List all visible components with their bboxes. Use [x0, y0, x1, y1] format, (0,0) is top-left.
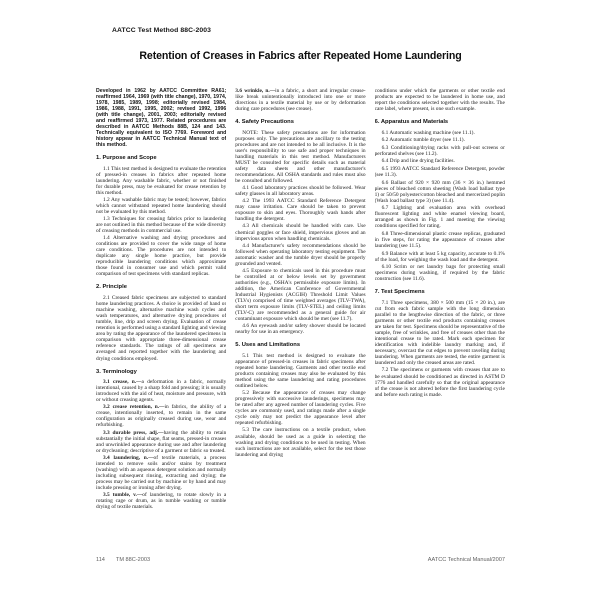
definition: 3.4 laundering, n.—of textile materials,…	[96, 455, 226, 491]
paragraph: 1.4 Alternative washing and drying proce…	[96, 235, 226, 277]
paragraph: 7.2 The specimens or garments with creas…	[375, 367, 505, 397]
text-columns: Developed in 1962 by AATCC Committee RA6…	[96, 88, 505, 552]
page-number: 114	[96, 557, 105, 563]
section-heading: 5. Uses and Limitations	[235, 342, 365, 349]
apparatus-item: 6.6 Ballast of 920 × 920 mm (36 × 36 in.…	[375, 180, 505, 204]
paragraph: 4.6 An eyewash and/or safety shower shou…	[235, 323, 365, 335]
section-heading: 3. Terminology	[96, 369, 226, 376]
column-right: conditions under which the garments or o…	[375, 88, 505, 552]
apparatus-item: 6.8 Three-dimensional plastic crease rep…	[375, 231, 505, 249]
apparatus-item: 6.7 Lighting and evaluation area with ov…	[375, 205, 505, 229]
method-code: TM 88C-2003	[116, 557, 150, 563]
paragraph: 5.1 This test method is designed to eval…	[235, 353, 365, 389]
apparatus-item: 6.1 Automatic washing machine (see 11.1)…	[375, 130, 505, 136]
footer-left: 114 TM 88C-2003	[96, 557, 150, 563]
paragraph: 1.3 Techniques for creasing fabrics prio…	[96, 216, 226, 234]
running-header: AATCC Test Method 88C-2003	[96, 27, 505, 34]
revision-history: Developed in 1962 by AATCC Committee RA6…	[96, 88, 226, 148]
paragraph: 5.3 The care instructions on a textile p…	[235, 427, 365, 457]
paragraph: 4.3 All chemicals should be handled with…	[235, 223, 365, 241]
definition: 3.3 durable press, adj.—having the abili…	[96, 430, 226, 454]
manual-reference: AATCC Technical Manual/2007	[428, 557, 505, 563]
paragraph: 2.1 Creased fabric specimens are subject…	[96, 295, 226, 362]
paragraph: 4.4 Manufacturer's safety recommendation…	[235, 243, 365, 267]
document-preview: AATCC Test Method 88C-2003 Retention of …	[0, 0, 600, 600]
paragraph: 5.2 Because the appearance of creases ma…	[235, 390, 365, 426]
section-heading: 7. Test Specimens	[375, 289, 505, 296]
definition: 3.1 crease, n.—a deformation in a fabric…	[96, 379, 226, 403]
definition: 3.2 crease retention, n.—in fabrics, the…	[96, 404, 226, 428]
paragraph: 7.1 Three specimens, 380 × 500 mm (15 × …	[375, 300, 505, 367]
paragraph: 4.2 The 1993 AATCC Standard Reference De…	[235, 198, 365, 222]
definition-continuation: 3.6 wrinkle, n.—in a fabric, a short and…	[235, 88, 365, 112]
apparatus-item: 6.2 Automatic tumble dryer (see 11.1).	[375, 137, 505, 143]
paragraph: 4.1 Good laboratory practices should be …	[235, 185, 365, 197]
definition: 3.5 tumble, v.—of laundering, to rotate …	[96, 492, 226, 510]
column-left: Developed in 1962 by AATCC Committee RA6…	[96, 88, 226, 552]
paragraph: 1.1 This test method is designed to eval…	[96, 166, 226, 196]
apparatus-item: 6.4 Drip and line drying facilities.	[375, 158, 505, 164]
apparatus-item: 6.3 Conditioning/drying racks with pull-…	[375, 145, 505, 157]
safety-note: NOTE: These safety precautions are for i…	[235, 130, 365, 184]
page-title: Retention of Creases in Fabrics after Re…	[96, 50, 505, 62]
paragraph: 1.2 Any washable fabric may be tested; h…	[96, 197, 226, 215]
apparatus-item: 6.9 Balance with at least 5 kg capacity,…	[375, 251, 505, 263]
section-heading: 2. Principle	[96, 284, 226, 291]
paragraph-continuation: conditions under which the garments or o…	[375, 88, 505, 112]
paragraph: 4.5 Exposure to chemicals used in this p…	[235, 268, 365, 322]
page-footer: 114 TM 88C-2003 AATCC Technical Manual/2…	[96, 557, 505, 563]
apparatus-item: 6.5 1993 AATCC Standard Reference Deterg…	[375, 166, 505, 178]
apparatus-item: 6.10 Scrim or net laundry bags for prote…	[375, 264, 505, 282]
section-heading: 4. Safety Precautions	[235, 119, 365, 126]
document-page: AATCC Test Method 88C-2003 Retention of …	[96, 27, 505, 552]
column-middle: 3.6 wrinkle, n.—in a fabric, a short and…	[235, 88, 365, 552]
section-heading: 6. Apparatus and Materials	[375, 119, 505, 126]
section-heading: 1. Purpose and Scope	[96, 155, 226, 162]
